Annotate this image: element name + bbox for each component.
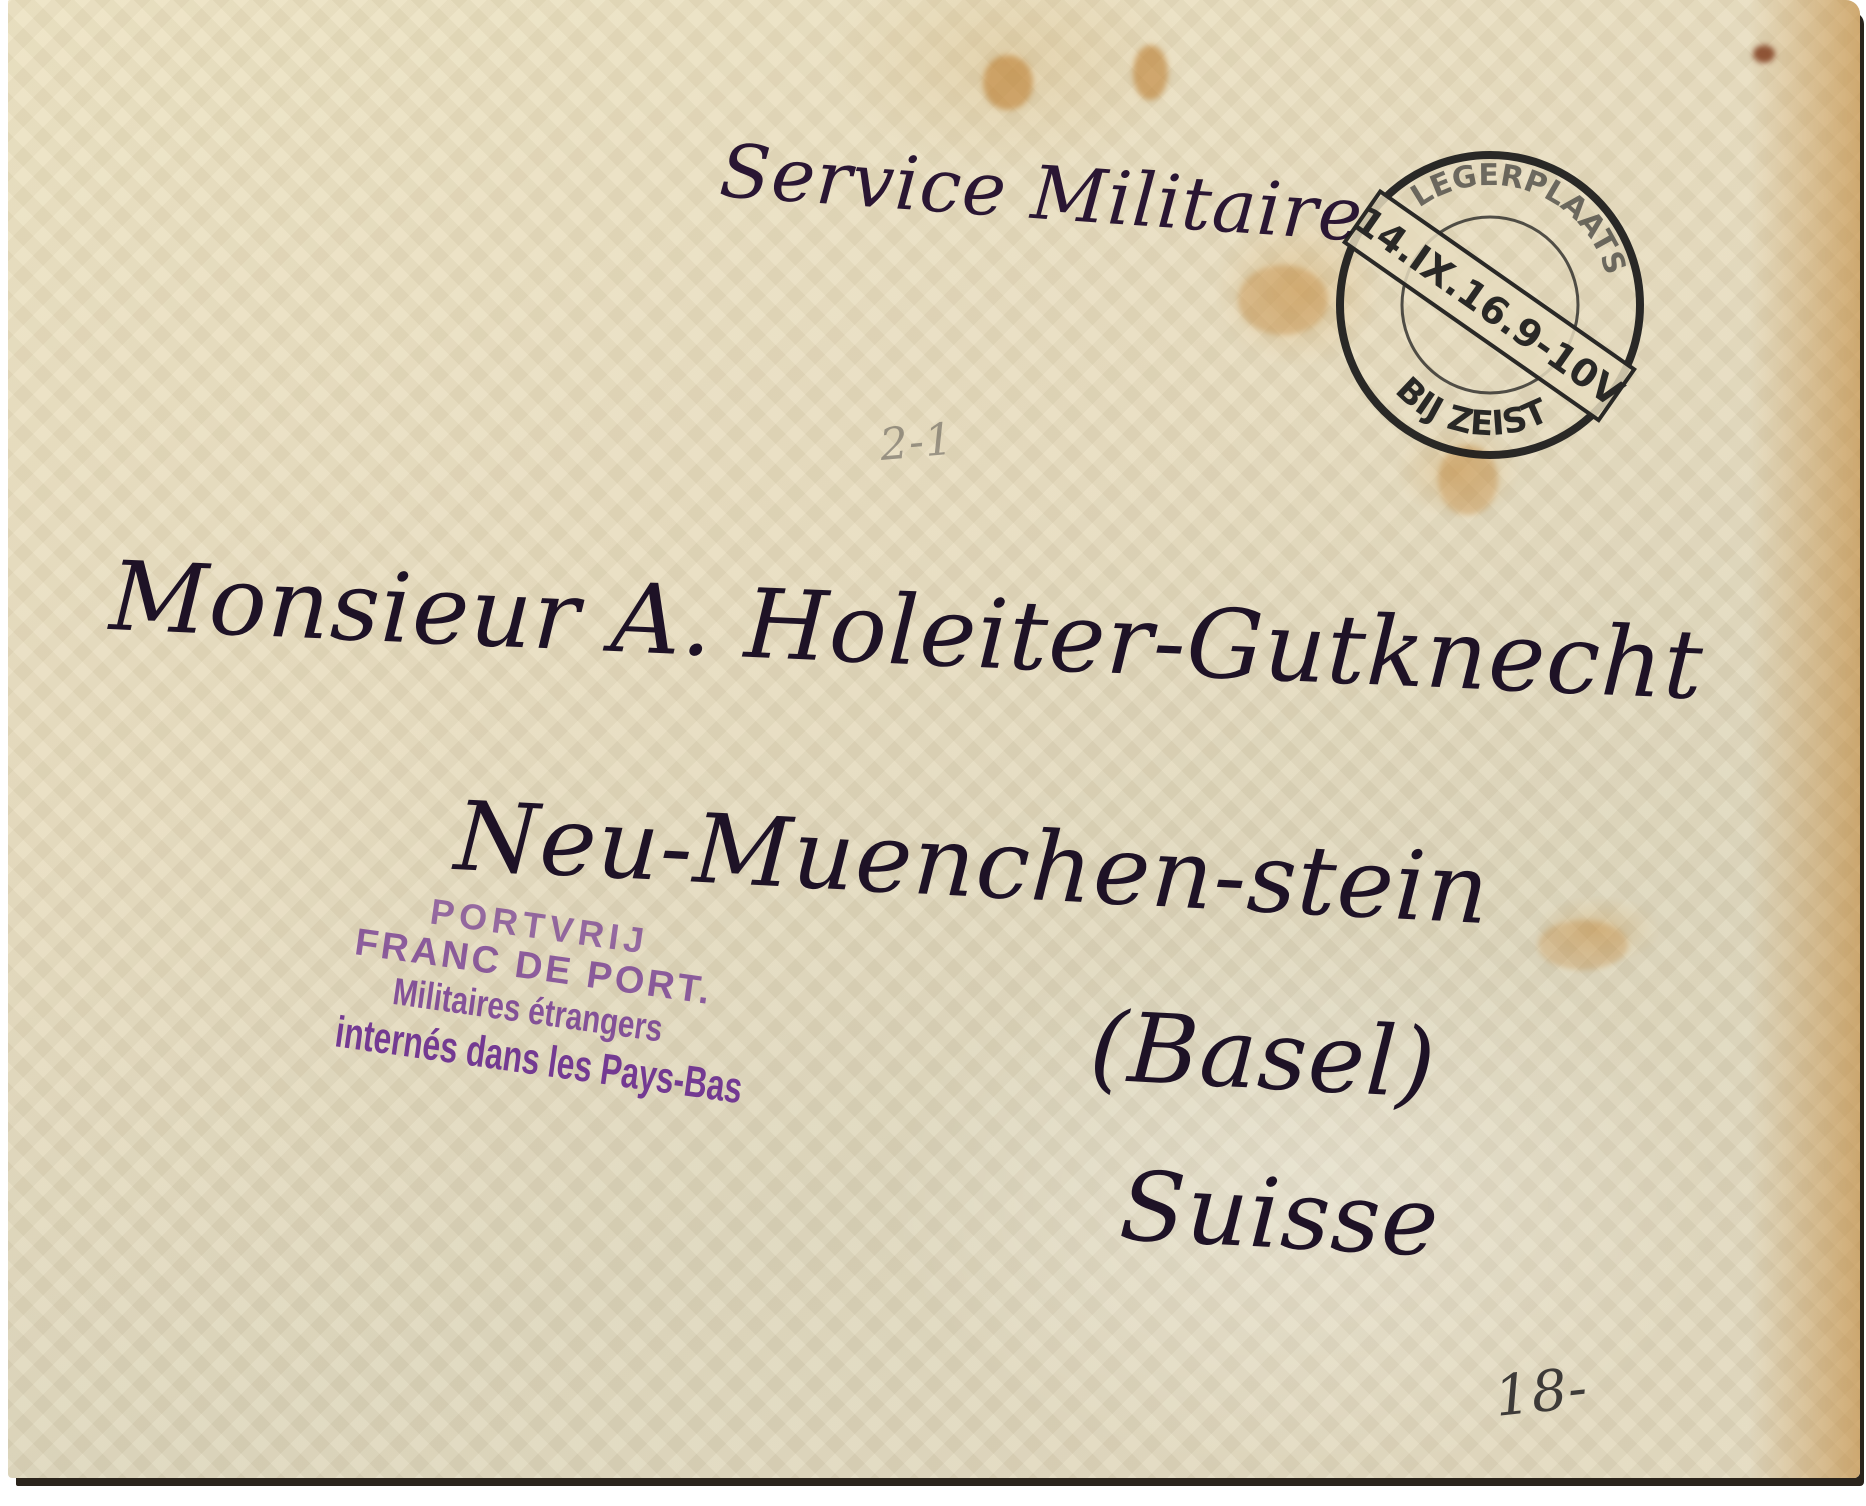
stain (983, 55, 1033, 110)
price-note: 18- (1492, 1355, 1591, 1429)
stain (1753, 45, 1775, 63)
stain (1133, 45, 1168, 100)
stain (1538, 920, 1628, 970)
address-line-canton: (Basel) (1087, 990, 1439, 1120)
stain (1238, 265, 1328, 335)
address-line-country: Suisse (1117, 1150, 1442, 1279)
svg-text:BIJ ZEIST: BIJ ZEIST (1383, 365, 1561, 457)
pencil-mark: 2-1 (878, 414, 956, 471)
postmark: 14.IX.16.9-10V LEGERPLAATS BIJ ZEIST (1325, 140, 1655, 470)
postmark-bottom-text: BIJ ZEIST (1383, 365, 1561, 457)
